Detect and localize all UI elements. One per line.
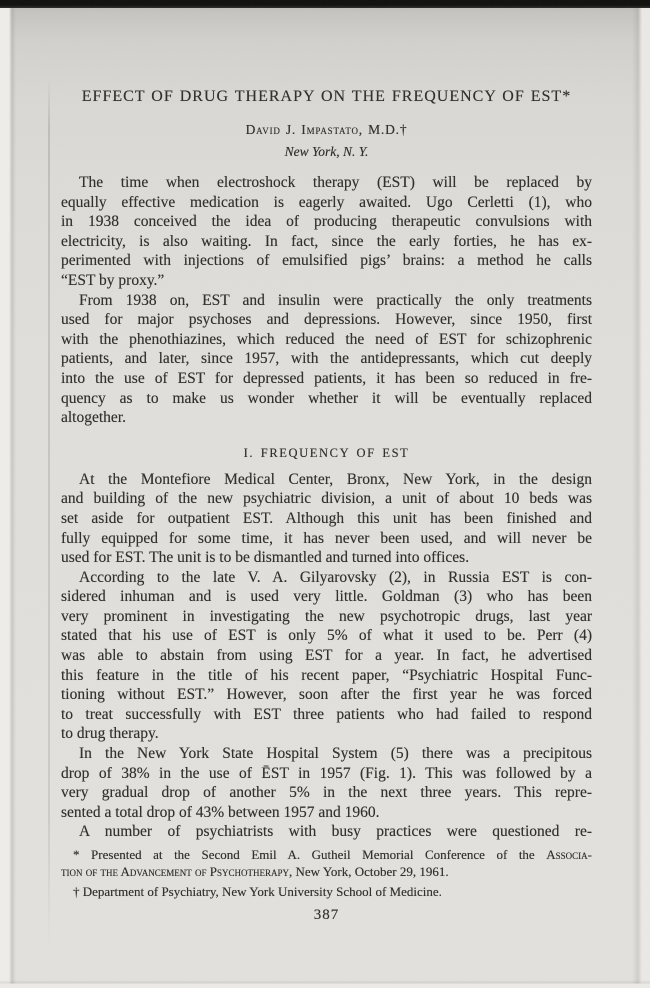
- text-line: set aside for outpatient EST. Although t…: [61, 509, 592, 529]
- text-line: According to the late V. A. Gilyarovsky …: [61, 568, 592, 588]
- paragraph-3: At the Montefiore Medical Center, Bronx,…: [61, 470, 592, 568]
- text-line: with the phenothiazines, which reduced t…: [61, 330, 592, 350]
- text-line: electricity, is also waiting. In fact, s…: [61, 232, 592, 252]
- scan-bottom-edge: [0, 980, 650, 988]
- scan-left-edge: [0, 8, 16, 988]
- text-line: quency as to make us wonder whether it w…: [61, 389, 592, 409]
- text-line: was able to abstain from using EST for a…: [61, 646, 592, 666]
- footnote-line: tion of the Advancement of Psychotherapy…: [61, 864, 592, 881]
- text-line: fully equipped for some time, it has nev…: [61, 529, 592, 549]
- text-line: very gradual drop of another 5% in the n…: [61, 783, 592, 803]
- text-line: equally effective medication is eagerly …: [61, 193, 592, 213]
- text-line: A number of psychiatrists with busy prac…: [61, 822, 592, 842]
- text-line: and building of the new psychiatric divi…: [61, 489, 592, 509]
- paragraph-6: A number of psychiatrists with busy prac…: [61, 822, 592, 842]
- text-line: “EST by proxy.”: [61, 271, 592, 291]
- text-line: used for EST. The unit is to be dismantl…: [61, 548, 592, 568]
- text-line: From 1938 on, EST and insulin were pract…: [61, 291, 592, 311]
- text-line: this feature in the title of his recent …: [61, 666, 592, 686]
- text-line: stated that his use of EST is only 5% of…: [61, 626, 592, 646]
- scanned-page: EFFECT OF DRUG THERAPY ON THE FREQUENCY …: [0, 0, 650, 988]
- page-title: EFFECT OF DRUG THERAPY ON THE FREQUENCY …: [61, 87, 592, 107]
- text-line: sidered inhuman and is used very little.…: [61, 587, 592, 607]
- text-line: sented a total drop of 43% between 1957 …: [61, 803, 592, 823]
- footnote-line: † Department of Psychiatry, New York Uni…: [61, 884, 592, 901]
- paragraph-1: The time when electroshock therapy (EST)…: [61, 173, 592, 291]
- text-line: altogether.: [61, 408, 592, 428]
- page-number: 387: [61, 906, 592, 924]
- text-line: At the Montefiore Medical Center, Bronx,…: [61, 470, 592, 490]
- footnote-text: * Presented at the Second Emil A. Guthei…: [73, 847, 546, 862]
- text-line: very prominent in investigating the new …: [61, 607, 592, 627]
- text-line: to drug therapy.: [61, 724, 592, 744]
- section-heading: I. FREQUENCY OF EST: [61, 445, 592, 461]
- author-name: David J. Impastato, M.D.†: [61, 121, 592, 139]
- scan-right-edge: [632, 8, 650, 988]
- text-line: in 1938 conceived the idea of producing …: [61, 212, 592, 232]
- text-line: tioning without EST.” However, soon afte…: [61, 685, 592, 705]
- text-line: drop of 38% in the use of ĒST in 1957 (F…: [61, 764, 592, 784]
- scan-top-edge: [0, 0, 650, 8]
- text-line: In the New York State Hospital System (5…: [61, 744, 592, 764]
- text-line: into the use of EST for depressed patien…: [61, 369, 592, 389]
- footnote-line: * Presented at the Second Emil A. Guthei…: [61, 847, 592, 864]
- page-crease-line: [48, 78, 50, 946]
- footnote-smallcaps-text: tion of the Advancement of Psychotherapy: [61, 864, 289, 879]
- footnote-smallcaps-text: Associa-: [546, 847, 592, 862]
- footnotes: * Presented at the Second Emil A. Guthei…: [61, 847, 592, 901]
- paragraph-4: According to the late V. A. Gilyarovsky …: [61, 568, 592, 744]
- footnote-text: , New York, October 29, 1961.: [289, 864, 449, 879]
- text-line: The time when electroshock therapy (EST)…: [61, 173, 592, 193]
- text-line: perimented with injections of emulsified…: [61, 251, 592, 271]
- paragraph-2: From 1938 on, EST and insulin were pract…: [61, 291, 592, 428]
- text-line: used for major psychoses and depressions…: [61, 310, 592, 330]
- text-line: patients, and later, since 1957, with th…: [61, 349, 592, 369]
- paragraph-5: In the New York State Hospital System (5…: [61, 744, 592, 822]
- author-location: New York, N. Y.: [61, 143, 592, 161]
- text-line: to treat successfully with EST three pat…: [61, 705, 592, 725]
- text-column: EFFECT OF DRUG THERAPY ON THE FREQUENCY …: [61, 87, 592, 924]
